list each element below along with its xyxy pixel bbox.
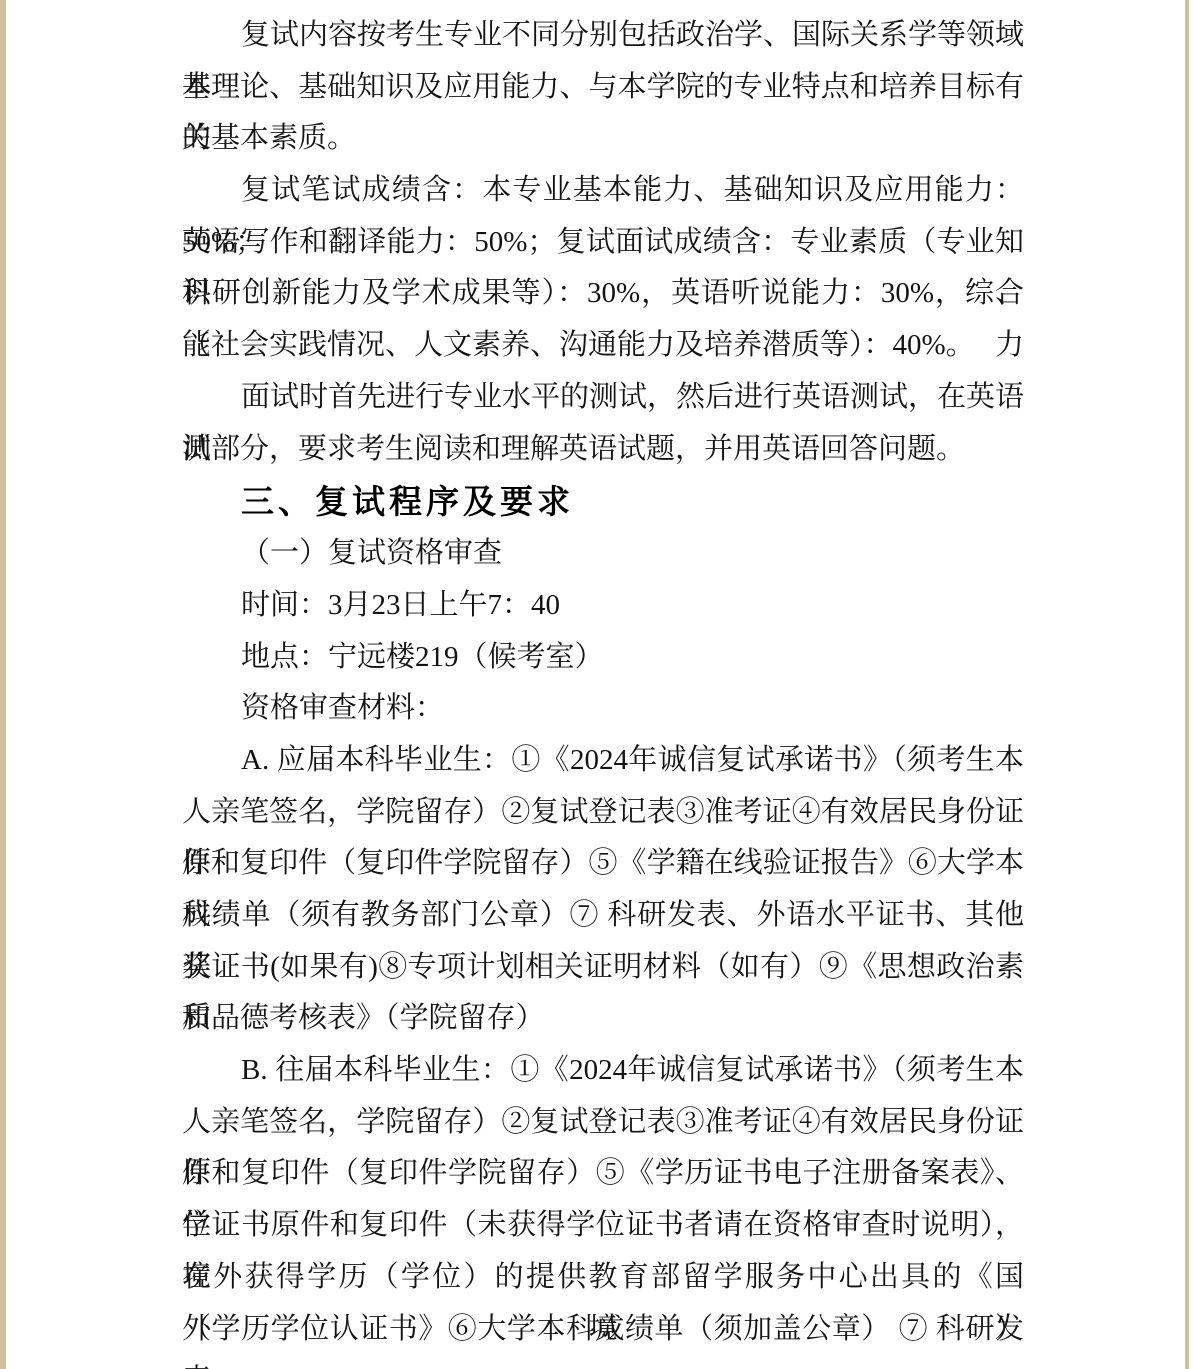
paragraph-line: 本理论、基础知识及应用能力、与本学院的专业特点和培养目标有关 — [182, 62, 1024, 114]
paragraph-line: 成绩单（须有教务部门公章）⑦ 科研发表、外语水平证书、其他获 — [182, 890, 1024, 942]
paragraph-line: 英语写作和翻译能力：50%；复试面试成绩含：专业素质（专业知识、 — [182, 217, 1024, 269]
paragraph-line: 人亲笔签名，学院留存）②复试登记表③准考证④有效居民身份证原 — [182, 1097, 1024, 1149]
paragraph-line: 境外获得学历（学位）的提供教育部留学服务中心出具的《国（境） — [182, 1252, 1024, 1304]
paragraph-line: 复试笔试成绩含：本专业基本能力、基础知识及应用能力：50%； — [182, 165, 1024, 217]
paragraph-line: 外学历学位认证书》⑥大学本科成绩单（须加盖公章） ⑦ 科研发表 — [182, 1304, 1024, 1356]
paragraph-line: 的基本素质。 — [182, 113, 1024, 165]
paragraph-line: （社会实践情况、人文素养、沟通能力及培养潜质等）：40%。 — [182, 320, 1024, 372]
section-heading: 三、复试程序及要求 — [182, 475, 1024, 528]
location-line: 地点：宁远楼219（候考室） — [182, 632, 1024, 684]
document-page: { "page": { "background_color": "#ffffff… — [0, 0, 1194, 1369]
paragraph-line: 位证书原件和复印件（未获得学位证书者请在资格审查时说明），在 — [182, 1200, 1024, 1252]
paragraph-line: 件和复印件（复印件学院留存）⑤《学籍在线验证报告》⑥大学本科 — [182, 838, 1024, 890]
materials-label-line: 资格审查材料： — [182, 683, 1024, 735]
paragraph-line: A. 应届本科毕业生：①《2024年诚信复试承诺书》（须考生本 — [182, 735, 1024, 787]
page-edge-left — [0, 0, 6, 1369]
paragraph-line: 复试内容按考生专业不同分别包括政治学、国际关系学等领域基 — [182, 10, 1024, 62]
paragraph-line: 和品德考核表》（学院留存） — [182, 993, 1024, 1045]
page-edge-right — [1185, 0, 1189, 1369]
paragraph-line: 面试时首先进行专业水平的测试，然后进行英语测试，在英语测 — [182, 372, 1024, 424]
paragraph-line: 人亲笔签名，学院留存）②复试登记表③准考证④有效居民身份证原 — [182, 787, 1024, 839]
subsection-title: （一）复试资格审查 — [182, 528, 1024, 580]
time-line: 时间：3月23日上午7：40 — [182, 580, 1024, 632]
paragraph-line: 试部分，要求考生阅读和理解英语试题，并用英语回答问题。 — [182, 424, 1024, 476]
paragraph-line: B. 往届本科毕业生：①《2024年诚信复试承诺书》（须考生本 — [182, 1045, 1024, 1097]
paragraph-line: 奖证书(如果有)⑧专项计划相关证明材料（如有）⑨《思想政治素质 — [182, 942, 1024, 994]
paragraph-line: 科研创新能力及学术成果等）：30%，英语听说能力：30%，综合能力 — [182, 268, 1024, 320]
paper-sheet: 复试内容按考生专业不同分别包括政治学、国际关系学等领域基 本理论、基础知识及应用… — [6, 0, 1185, 1369]
document-body: 复试内容按考生专业不同分别包括政治学、国际关系学等领域基 本理论、基础知识及应用… — [182, 10, 1024, 1355]
paragraph-line: 件和复印件（复印件学院留存）⑤《学历证书电子注册备案表》、学 — [182, 1148, 1024, 1200]
